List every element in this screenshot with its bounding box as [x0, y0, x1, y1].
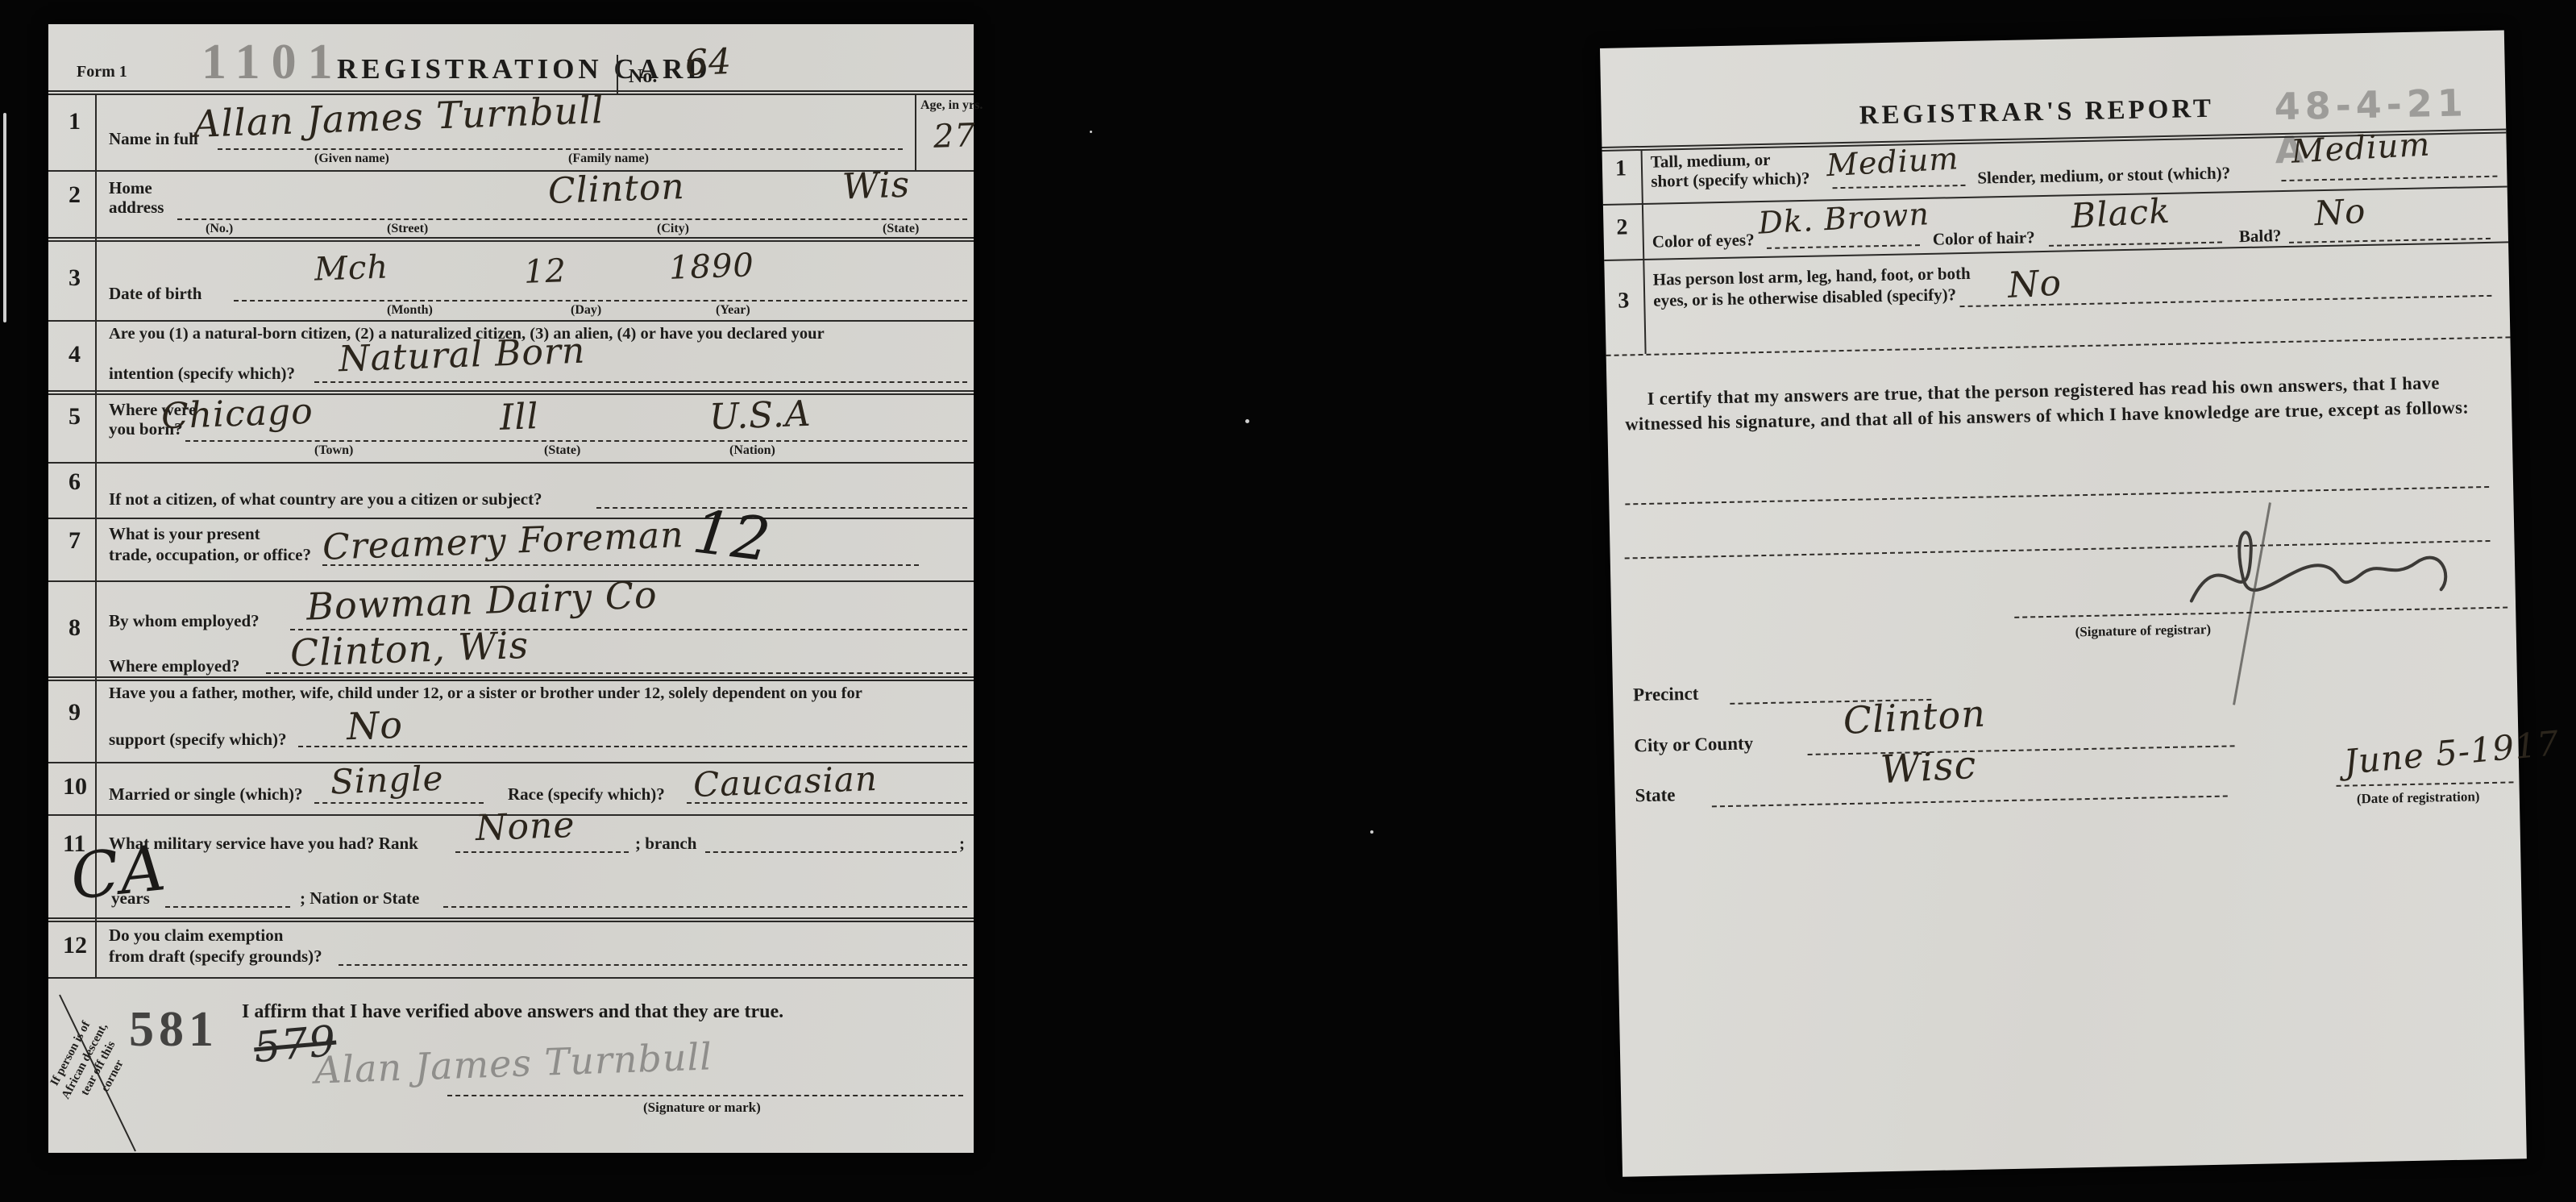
born-state-handwritten: Ill — [499, 396, 539, 439]
header-divider-line — [617, 55, 618, 94]
married-single-label: Married or single (which)? — [109, 784, 303, 804]
home-label-line2: address — [109, 198, 164, 217]
dotted-line — [314, 381, 967, 383]
town-sublabel: (Town) — [314, 443, 353, 458]
dotted-line — [314, 802, 484, 804]
scanned-document-page: Form 1 1101 REGISTRATION CARD No. 64 1 N… — [0, 0, 2576, 1202]
dotted-line — [596, 507, 967, 509]
row-number: 4 — [69, 341, 81, 369]
dotted-line — [218, 148, 903, 150]
form-row-7: 7 What is your present trade, occupation… — [48, 518, 974, 582]
year-sublabel: (Year) — [716, 303, 750, 318]
citizen-answer-handwritten: Natural Born — [338, 331, 586, 381]
state-label: State — [1635, 784, 1675, 806]
dotted-line — [1767, 244, 1920, 249]
hair-color-label: Color of hair? — [1933, 227, 2035, 249]
dotted-line — [339, 964, 967, 966]
birth-month-handwritten: Mch — [314, 248, 389, 288]
home-label-line1: Home — [109, 178, 152, 198]
row-number: 1 — [1615, 156, 1627, 181]
dotted-line — [185, 440, 967, 442]
form-row-9: 9 Have you a father, mother, wife, child… — [48, 676, 974, 763]
registration-date-handwritten: June 5-1917 — [2342, 723, 2561, 782]
dotted-line — [2281, 176, 2497, 181]
dotted-line — [705, 851, 957, 853]
registrant-signature-pencil: Alan James Turnbull — [314, 1034, 713, 1092]
citizen-question-line2: intention (specify which)? — [109, 364, 295, 383]
row-number: 8 — [69, 614, 81, 643]
dotted-line — [266, 672, 967, 674]
eye-color-value-handwritten: Dk. Brown — [1757, 196, 1930, 241]
bald-label: Bald? — [2239, 226, 2282, 246]
branch-label: ; branch — [635, 834, 696, 853]
build-value-handwritten: Medium — [2291, 126, 2432, 170]
nation-or-state-label: ; Nation or State — [300, 888, 419, 908]
dotted-line — [177, 218, 967, 220]
disability-question-line2: eyes, or is he otherwise disabled (speci… — [1653, 285, 1956, 310]
day-sublabel: (Day) — [571, 303, 601, 318]
not-citizen-question: If not a citizen, of what country are yo… — [109, 489, 542, 509]
row-number: 7 — [69, 527, 81, 555]
no-value-handwritten: 64 — [684, 41, 733, 84]
employer-value-handwritten: Bowman Dairy Co — [305, 572, 658, 628]
report-row-3: 3 Has person lost arm, leg, hand, foot, … — [1604, 241, 2510, 356]
city-or-county-label: City or County — [1634, 733, 1753, 756]
employer-label: By whom employed? — [109, 611, 260, 630]
age-box-rule — [915, 95, 916, 170]
no-sublabel: (No.) — [206, 222, 233, 236]
form-row-8: 8 By whom employed? Bowman Dairy Co Wher… — [48, 580, 974, 681]
race-value-handwritten: Caucasian — [692, 759, 878, 805]
state-sublabel: (State) — [883, 222, 919, 236]
street-sublabel: (Street) — [387, 222, 428, 236]
date-of-registration-sublabel: (Date of registration) — [2357, 788, 2480, 807]
form-row-2: 2 Home address Clinton Wis (No.) (Street… — [48, 172, 974, 242]
trade-label-line1: What is your present — [109, 524, 260, 543]
row-number: 3 — [1618, 288, 1630, 314]
dotted-line — [447, 1095, 963, 1096]
born-town-handwritten: Chicago — [160, 391, 314, 438]
row-number: 5 — [69, 403, 81, 431]
dependents-answer-handwritten: No — [346, 703, 404, 748]
form-number-label: Form 1 — [77, 63, 127, 81]
name-value-handwritten: Allan James Turnbull — [193, 88, 605, 146]
row-number: 1 — [69, 108, 81, 136]
trade-answer-handwritten: Creamery Foreman — [322, 514, 684, 568]
registration-card: Form 1 1101 REGISTRATION CARD No. 64 1 N… — [48, 24, 974, 1153]
height-label-line1: Tall, medium, or — [1651, 150, 1771, 172]
registrar-signature-scrawl — [2173, 498, 2483, 714]
row-number: 10 — [63, 773, 87, 801]
row-number: 2 — [1616, 214, 1628, 240]
state-value-handwritten: Wisc — [1880, 742, 1978, 792]
city-sublabel: (City) — [657, 222, 689, 236]
nation-sublabel: (Nation) — [729, 443, 775, 458]
birthdate-label: Date of birth — [109, 284, 202, 303]
dotted-line — [234, 300, 967, 302]
home-state-handwritten: Wis — [841, 164, 911, 208]
dotted-line — [1833, 185, 1966, 189]
precinct-label: Precinct — [1633, 684, 1699, 706]
age-label: Age, in yrs. — [920, 98, 983, 113]
no-label: No. — [629, 66, 657, 89]
row-number: 3 — [69, 264, 81, 293]
bald-value-handwritten: No — [2313, 191, 2367, 233]
birth-year-handwritten: 1890 — [668, 247, 754, 287]
dust-speck — [1370, 830, 1373, 834]
age-value-handwritten: 27 — [933, 117, 976, 156]
signature-or-mark-sublabel: (Signature or mark) — [643, 1100, 761, 1116]
eye-color-label: Color of eyes? — [1652, 230, 1755, 252]
row-number: 2 — [69, 181, 81, 210]
disability-answer-handwritten: No — [2007, 262, 2063, 306]
serial-number-stamp: 1101 — [202, 34, 344, 91]
rank-value-handwritten: None — [475, 805, 575, 849]
dotted-line — [1808, 745, 2235, 755]
form-row-1: 1 Name in full Allan James Turnbull (Giv… — [48, 95, 974, 172]
certification-statement: I certify that my answers are true, that… — [1624, 369, 2494, 437]
given-name-sublabel: (Given name) — [314, 152, 389, 166]
month-sublabel: (Month) — [387, 303, 433, 318]
build-label: Slender, medium, or stout (which)? — [1977, 163, 2230, 187]
dust-speck — [1245, 419, 1249, 423]
dotted-line — [455, 851, 629, 853]
home-city-handwritten: Clinton — [547, 166, 685, 212]
where-employed-value-handwritten: Clinton, Wis — [289, 623, 530, 675]
dust-speck — [1090, 131, 1092, 133]
state-sublabel: (State) — [544, 443, 580, 458]
form-row-3: 3 Date of birth Mch 12 1890 (Month) (Day… — [48, 237, 974, 322]
height-label-line2: short (specify which)? — [1651, 168, 1810, 191]
family-name-sublabel: (Family name) — [568, 152, 649, 166]
film-edge-artifact — [3, 113, 6, 322]
form-row-5: 5 Where were you born? Chicago Ill U.S.A… — [48, 393, 974, 464]
signature-of-registrar-sublabel: (Signature of registrar) — [2075, 622, 2211, 640]
trade-label-line2: trade, occupation, or office? — [109, 545, 311, 564]
pencil-scribble-ca: CA — [68, 832, 170, 914]
row-number: 6 — [69, 468, 81, 497]
city-or-county-value-handwritten: Clinton — [1842, 692, 1987, 743]
form-row-12: 12 Do you claim exemption from draft (sp… — [48, 917, 974, 979]
row-number: 9 — [69, 699, 81, 727]
dependents-question-line2: support (specify which)? — [109, 730, 287, 749]
dependents-question-line1: Have you a father, mother, wife, child u… — [109, 684, 862, 704]
row-number: 12 — [63, 932, 87, 960]
where-employed-label: Where employed? — [109, 656, 239, 676]
born-nation-handwritten: U.S.A — [708, 393, 812, 438]
semicolon: ; — [959, 834, 965, 853]
dotted-line — [165, 906, 290, 908]
form-row-6: 6 If not a citizen, of what country are … — [48, 462, 974, 519]
form-row-4: 4 Are you (1) a natural-born citizen, (2… — [48, 320, 974, 395]
registrars-report-card: REGISTRAR'S REPORT 48-4-21 A 1 Tall, med… — [1600, 30, 2527, 1176]
report-title: REGISTRAR'S REPORT — [1859, 94, 2214, 132]
dotted-line — [443, 906, 967, 908]
dotted-line — [2049, 242, 2222, 247]
name-label: Name in full — [109, 129, 198, 148]
exemption-label-line2: from draft (specify grounds)? — [109, 946, 322, 966]
height-value-handwritten: Medium — [1826, 140, 1960, 183]
form-row-11: 11 What military service have you had? R… — [48, 814, 974, 922]
margin-note-12-pencil: 12 — [689, 497, 775, 575]
affirmation-section: I affirm that I have verified above answ… — [48, 977, 974, 1153]
race-label: Race (specify which)? — [508, 784, 665, 804]
birth-day-handwritten: 12 — [523, 252, 567, 291]
exemption-label-line1: Do you claim exemption — [109, 925, 283, 945]
dotted-line — [1712, 796, 2228, 808]
married-single-value-handwritten: Single — [330, 759, 444, 802]
hair-color-value-handwritten: Black — [2070, 191, 2171, 236]
dotted-line — [2337, 781, 2514, 786]
